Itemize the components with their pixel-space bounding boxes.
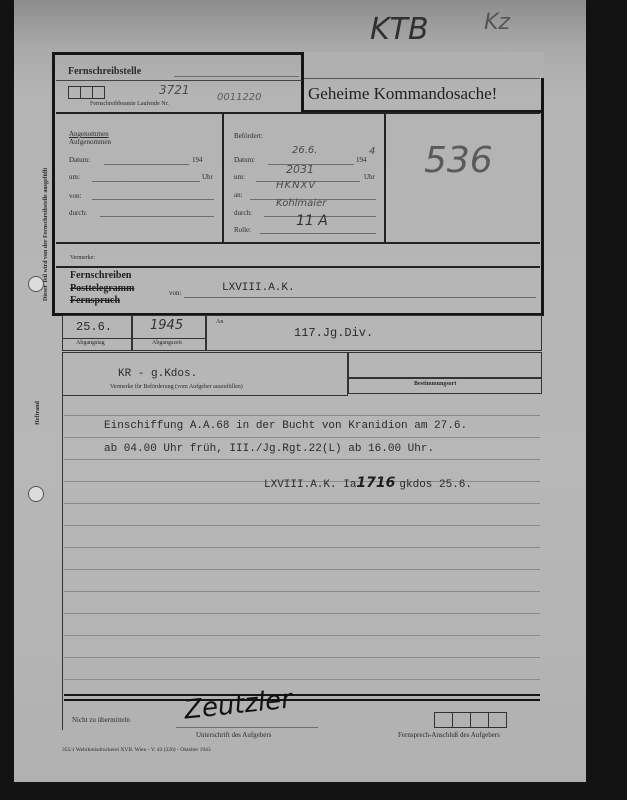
margin-vertical-note: Dieser Teil wird von der Fernschreibstel… bbox=[43, 81, 49, 301]
type-posttelegramm: Posttelegramm bbox=[70, 283, 134, 294]
forwarded-date-value: 26.6. bbox=[292, 145, 317, 156]
serial-number: 3721 bbox=[159, 83, 190, 97]
signature-label: Unterschrift des Aufgebers bbox=[196, 731, 271, 739]
teletype-form-page: KTB Kz Geheim! Fernschreibstelle 3721 00… bbox=[14, 0, 586, 782]
stamp-number: 536 bbox=[424, 140, 493, 181]
handwritten-ktb: KTB bbox=[370, 12, 429, 47]
from-value: LXVIII.A.K. bbox=[222, 282, 295, 294]
routing-priority-value: KR - g.Kdos. bbox=[118, 368, 197, 380]
dispatch-date-value: 25.6. bbox=[76, 320, 112, 334]
dispatch-time-value: 1945 bbox=[150, 318, 183, 333]
type-fernschreiben: Fernschreiben bbox=[70, 270, 131, 281]
binding-margin-label: Heftrand bbox=[35, 401, 41, 425]
reference-number: 1716 bbox=[356, 475, 395, 491]
serial-label: Fernschreibbeamte Laufende Nr. bbox=[90, 101, 169, 107]
not-to-transmit-label: Nicht zu übermitteln bbox=[72, 716, 130, 724]
received-date-field[interactable] bbox=[104, 164, 189, 165]
type-fernspruch: Fernspruch bbox=[70, 295, 120, 306]
received-title-1: Angenommen bbox=[69, 130, 109, 138]
forwarded-role-value: 11 A bbox=[296, 213, 328, 229]
recipient-value: 117.Jg.Div. bbox=[294, 326, 373, 340]
handwritten-kz: Kz bbox=[484, 10, 510, 35]
received-by-label: durch: bbox=[69, 209, 87, 217]
classification-heading: Geheime Kommandosache! bbox=[308, 84, 497, 104]
message-line-1: Einschiffung A.A.68 in der Bucht von Kra… bbox=[104, 420, 467, 432]
phone-label: Fernsprech-Anschluß des Aufgebers bbox=[398, 731, 500, 739]
serial-number-extra: 0011220 bbox=[217, 92, 262, 103]
station-title: Fernschreibstelle bbox=[68, 66, 141, 77]
punch-hole-top bbox=[28, 276, 44, 292]
received-by-field[interactable] bbox=[100, 216, 214, 217]
from-field[interactable] bbox=[184, 297, 536, 298]
printer-line: 355/1 Wehrkreisdruckerei XVII. Wien - V.… bbox=[62, 747, 211, 753]
message-line-2: ab 04.00 Uhr früh, III./Jg.Rgt.22(L) ab … bbox=[104, 443, 434, 455]
forwarded-role-field[interactable] bbox=[260, 233, 376, 234]
forwarded-by-value: Kohlmaier bbox=[276, 198, 326, 209]
forwarded-time-value: 2031 bbox=[286, 163, 314, 176]
phone-boxes[interactable] bbox=[434, 712, 506, 733]
destination-cell bbox=[348, 352, 542, 378]
remarks-label: Vermerke: bbox=[70, 255, 95, 261]
received-from-label: von: bbox=[69, 192, 81, 200]
received-title-2: Aufgenommen bbox=[69, 138, 111, 146]
received-time-label: um: bbox=[69, 173, 80, 181]
received-date-label: Datum: bbox=[69, 156, 90, 164]
forwarded-to-value: HKNXV bbox=[276, 180, 316, 191]
recipient-cell bbox=[206, 315, 542, 351]
punch-hole-bottom bbox=[28, 486, 44, 502]
signature: Zeutzler bbox=[183, 684, 294, 725]
message-reference: LXVIII.A.K. Ia1716 gkdos 25.6. bbox=[264, 474, 472, 492]
forwarded-title: Befördert: bbox=[234, 132, 263, 140]
received-time-field[interactable] bbox=[92, 181, 200, 182]
received-from-field[interactable] bbox=[92, 199, 214, 200]
